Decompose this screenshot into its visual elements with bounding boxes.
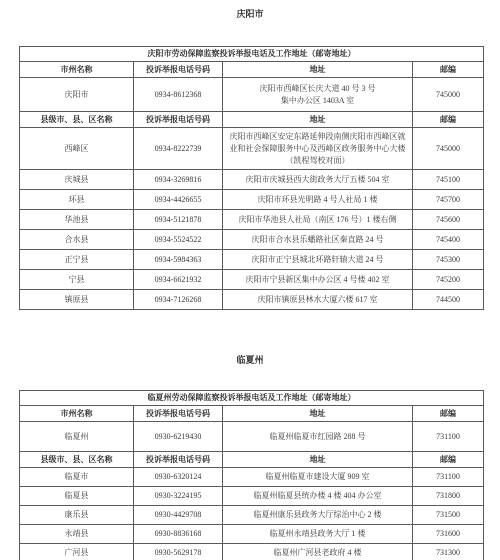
qingyang-table-body: 庆阳市劳动保障监察投诉举报电话及工作地址（邮寄地址）市州名称投诉举报电话号码地址… [20,47,484,310]
zipcode-cell: 745100 [413,170,484,190]
table-row: 华池县0934-5121878庆阳市华池县人社局（南区 176 号）1 楼右侧7… [20,210,484,230]
table-row: 庆城县0934-3269816庆阳市庆城县西大街政务大厅五楼 504 室7451… [20,170,484,190]
column-header: 邮编 [413,452,484,468]
section-title-qingyang: 庆阳市 [0,0,500,20]
table-row: 西峰区0934-8222739庆阳市西峰区安定东路延伸段南侧庆阳市西峰区就业和社… [20,128,484,170]
table-row: 临夏州0930-6219430临夏州临夏市红园路 288 号731100 [20,422,484,452]
column-header: 投诉举报电话号码 [134,112,223,128]
table-row: 合水县0934-5524522庆阳市合水县乐蟠路社区秦直路 24 号745400 [20,230,484,250]
column-header: 县级市、县、区名称 [20,452,134,468]
phone-cell: 0934-5524522 [134,230,223,250]
phone-cell: 0930-8836168 [134,525,223,544]
table-row: 广河县0930-5629178临夏州广河县老政府 4 楼731300 [20,544,484,560]
phone-cell: 0930-3224195 [134,487,223,506]
table-caption: 临夏州劳动保障监察投诉举报电话及工作地址（邮寄地址） [20,391,484,406]
column-header: 地址 [223,112,413,128]
county-header-row: 县级市、县、区名称投诉举报电话号码地址邮编 [20,112,484,128]
table-row: 正宁县0934-5984363庆阳市正宁县城北环路轩辕大道 24 号745300 [20,250,484,270]
region-name-cell: 临夏州 [20,422,134,452]
phone-cell: 0934-8612368 [134,78,223,112]
region-name-cell: 正宁县 [20,250,134,270]
zipcode-cell: 731100 [413,468,484,487]
table-row: 康乐县0930-4429708临夏州康乐县政务大厅综治中心 2 楼731500 [20,506,484,525]
zipcode-cell: 731100 [413,422,484,452]
table-row: 永靖县0930-8836168临夏州永靖县政务大厅 1 楼731600 [20,525,484,544]
column-header: 邮编 [413,112,484,128]
column-header: 投诉举报电话号码 [134,452,223,468]
region-name-cell: 宁县 [20,270,134,290]
region-name-cell: 广河县 [20,544,134,560]
phone-cell: 0934-7126268 [134,290,223,310]
address-cell: 临夏州广河县老政府 4 楼 [223,544,413,560]
address-cell: 临夏州临夏县统办楼 4 楼 404 办公室 [223,487,413,506]
address-cell: 临夏州康乐县政务大厅综治中心 2 楼 [223,506,413,525]
column-header: 投诉举报电话号码 [134,406,223,422]
phone-cell: 0930-5629178 [134,544,223,560]
column-header: 地址 [223,452,413,468]
qingyang-contact-table: 庆阳市劳动保障监察投诉举报电话及工作地址（邮寄地址）市州名称投诉举报电话号码地址… [19,46,484,310]
column-header: 市州名称 [20,62,134,78]
column-header: 邮编 [413,62,484,78]
phone-cell: 0934-5984363 [134,250,223,270]
region-name-cell: 环县 [20,190,134,210]
zipcode-cell: 745600 [413,210,484,230]
table-caption-row: 临夏州劳动保障监察投诉举报电话及工作地址（邮寄地址） [20,391,484,406]
region-name-cell: 华池县 [20,210,134,230]
region-name-cell: 康乐县 [20,506,134,525]
phone-cell: 0934-5121878 [134,210,223,230]
zipcode-cell: 731500 [413,506,484,525]
table-row: 庆阳市0934-8612368庆阳市西峰区长庆大道 40 号 3 号 集中办公区… [20,78,484,112]
phone-cell: 0930-4429708 [134,506,223,525]
zipcode-cell: 745000 [413,128,484,170]
address-cell: 临夏州临夏市红园路 288 号 [223,422,413,452]
table-caption-row: 庆阳市劳动保障监察投诉举报电话及工作地址（邮寄地址） [20,47,484,62]
column-header: 市州名称 [20,406,134,422]
linxia-contact-table: 临夏州劳动保障监察投诉举报电话及工作地址（邮寄地址）市州名称投诉举报电话号码地址… [19,390,484,560]
zipcode-cell: 745200 [413,270,484,290]
phone-cell: 0934-3269816 [134,170,223,190]
region-name-cell: 临夏市 [20,468,134,487]
city-header-row: 市州名称投诉举报电话号码地址邮编 [20,62,484,78]
phone-cell: 0934-6621932 [134,270,223,290]
section-title-linxia: 临夏州 [0,354,500,366]
region-name-cell: 永靖县 [20,525,134,544]
column-header: 邮编 [413,406,484,422]
address-cell: 临夏州永靖县政务大厅 1 楼 [223,525,413,544]
city-header-row: 市州名称投诉举报电话号码地址邮编 [20,406,484,422]
zipcode-cell: 744500 [413,290,484,310]
address-cell: 庆阳市合水县乐蟠路社区秦直路 24 号 [223,230,413,250]
linxia-table-body: 临夏州劳动保障监察投诉举报电话及工作地址（邮寄地址）市州名称投诉举报电话号码地址… [20,391,484,560]
region-name-cell: 合水县 [20,230,134,250]
address-cell: 庆阳市镇原县林水大厦六楼 617 室 [223,290,413,310]
address-cell: 庆阳市环县光明路 4 号人社局 1 楼 [223,190,413,210]
table-row: 临夏县0930-3224195临夏州临夏县统办楼 4 楼 404 办公室7318… [20,487,484,506]
region-name-cell: 镇原县 [20,290,134,310]
address-cell: 庆阳市庆城县西大街政务大厅五楼 504 室 [223,170,413,190]
region-name-cell: 庆城县 [20,170,134,190]
phone-cell: 0934-4426655 [134,190,223,210]
phone-cell: 0930-6219430 [134,422,223,452]
column-header: 县级市、县、区名称 [20,112,134,128]
table-row: 环县0934-4426655庆阳市环县光明路 4 号人社局 1 楼745700 [20,190,484,210]
county-header-row: 县级市、县、区名称投诉举报电话号码地址邮编 [20,452,484,468]
document-page: 庆阳市 庆阳市劳动保障监察投诉举报电话及工作地址（邮寄地址）市州名称投诉举报电话… [0,0,500,560]
address-cell: 庆阳市宁县新区集中办公区 4 号楼 402 室 [223,270,413,290]
address-cell: 庆阳市西峰区安定东路延伸段南侧庆阳市西峰区就业和社会保障服务中心及西峰区政务服务… [223,128,413,170]
zipcode-cell: 731800 [413,487,484,506]
table-row: 临夏市0930-6320124临夏州临夏市建设大厦 909 室731100 [20,468,484,487]
address-cell: 庆阳市华池县人社局（南区 176 号）1 楼右侧 [223,210,413,230]
table-row: 镇原县0934-7126268庆阳市镇原县林水大厦六楼 617 室744500 [20,290,484,310]
region-name-cell: 庆阳市 [20,78,134,112]
address-cell: 临夏州临夏市建设大厦 909 室 [223,468,413,487]
zipcode-cell: 745300 [413,250,484,270]
zipcode-cell: 731600 [413,525,484,544]
address-cell: 庆阳市西峰区长庆大道 40 号 3 号 集中办公区 1403A 室 [223,78,413,112]
region-name-cell: 临夏县 [20,487,134,506]
zipcode-cell: 731300 [413,544,484,560]
column-header: 地址 [223,62,413,78]
region-name-cell: 西峰区 [20,128,134,170]
address-cell: 庆阳市正宁县城北环路轩辕大道 24 号 [223,250,413,270]
table-caption: 庆阳市劳动保障监察投诉举报电话及工作地址（邮寄地址） [20,47,484,62]
phone-cell: 0934-8222739 [134,128,223,170]
phone-cell: 0930-6320124 [134,468,223,487]
table-row: 宁县0934-6621932庆阳市宁县新区集中办公区 4 号楼 402 室745… [20,270,484,290]
zipcode-cell: 745700 [413,190,484,210]
column-header: 投诉举报电话号码 [134,62,223,78]
column-header: 地址 [223,406,413,422]
zipcode-cell: 745000 [413,78,484,112]
zipcode-cell: 745400 [413,230,484,250]
